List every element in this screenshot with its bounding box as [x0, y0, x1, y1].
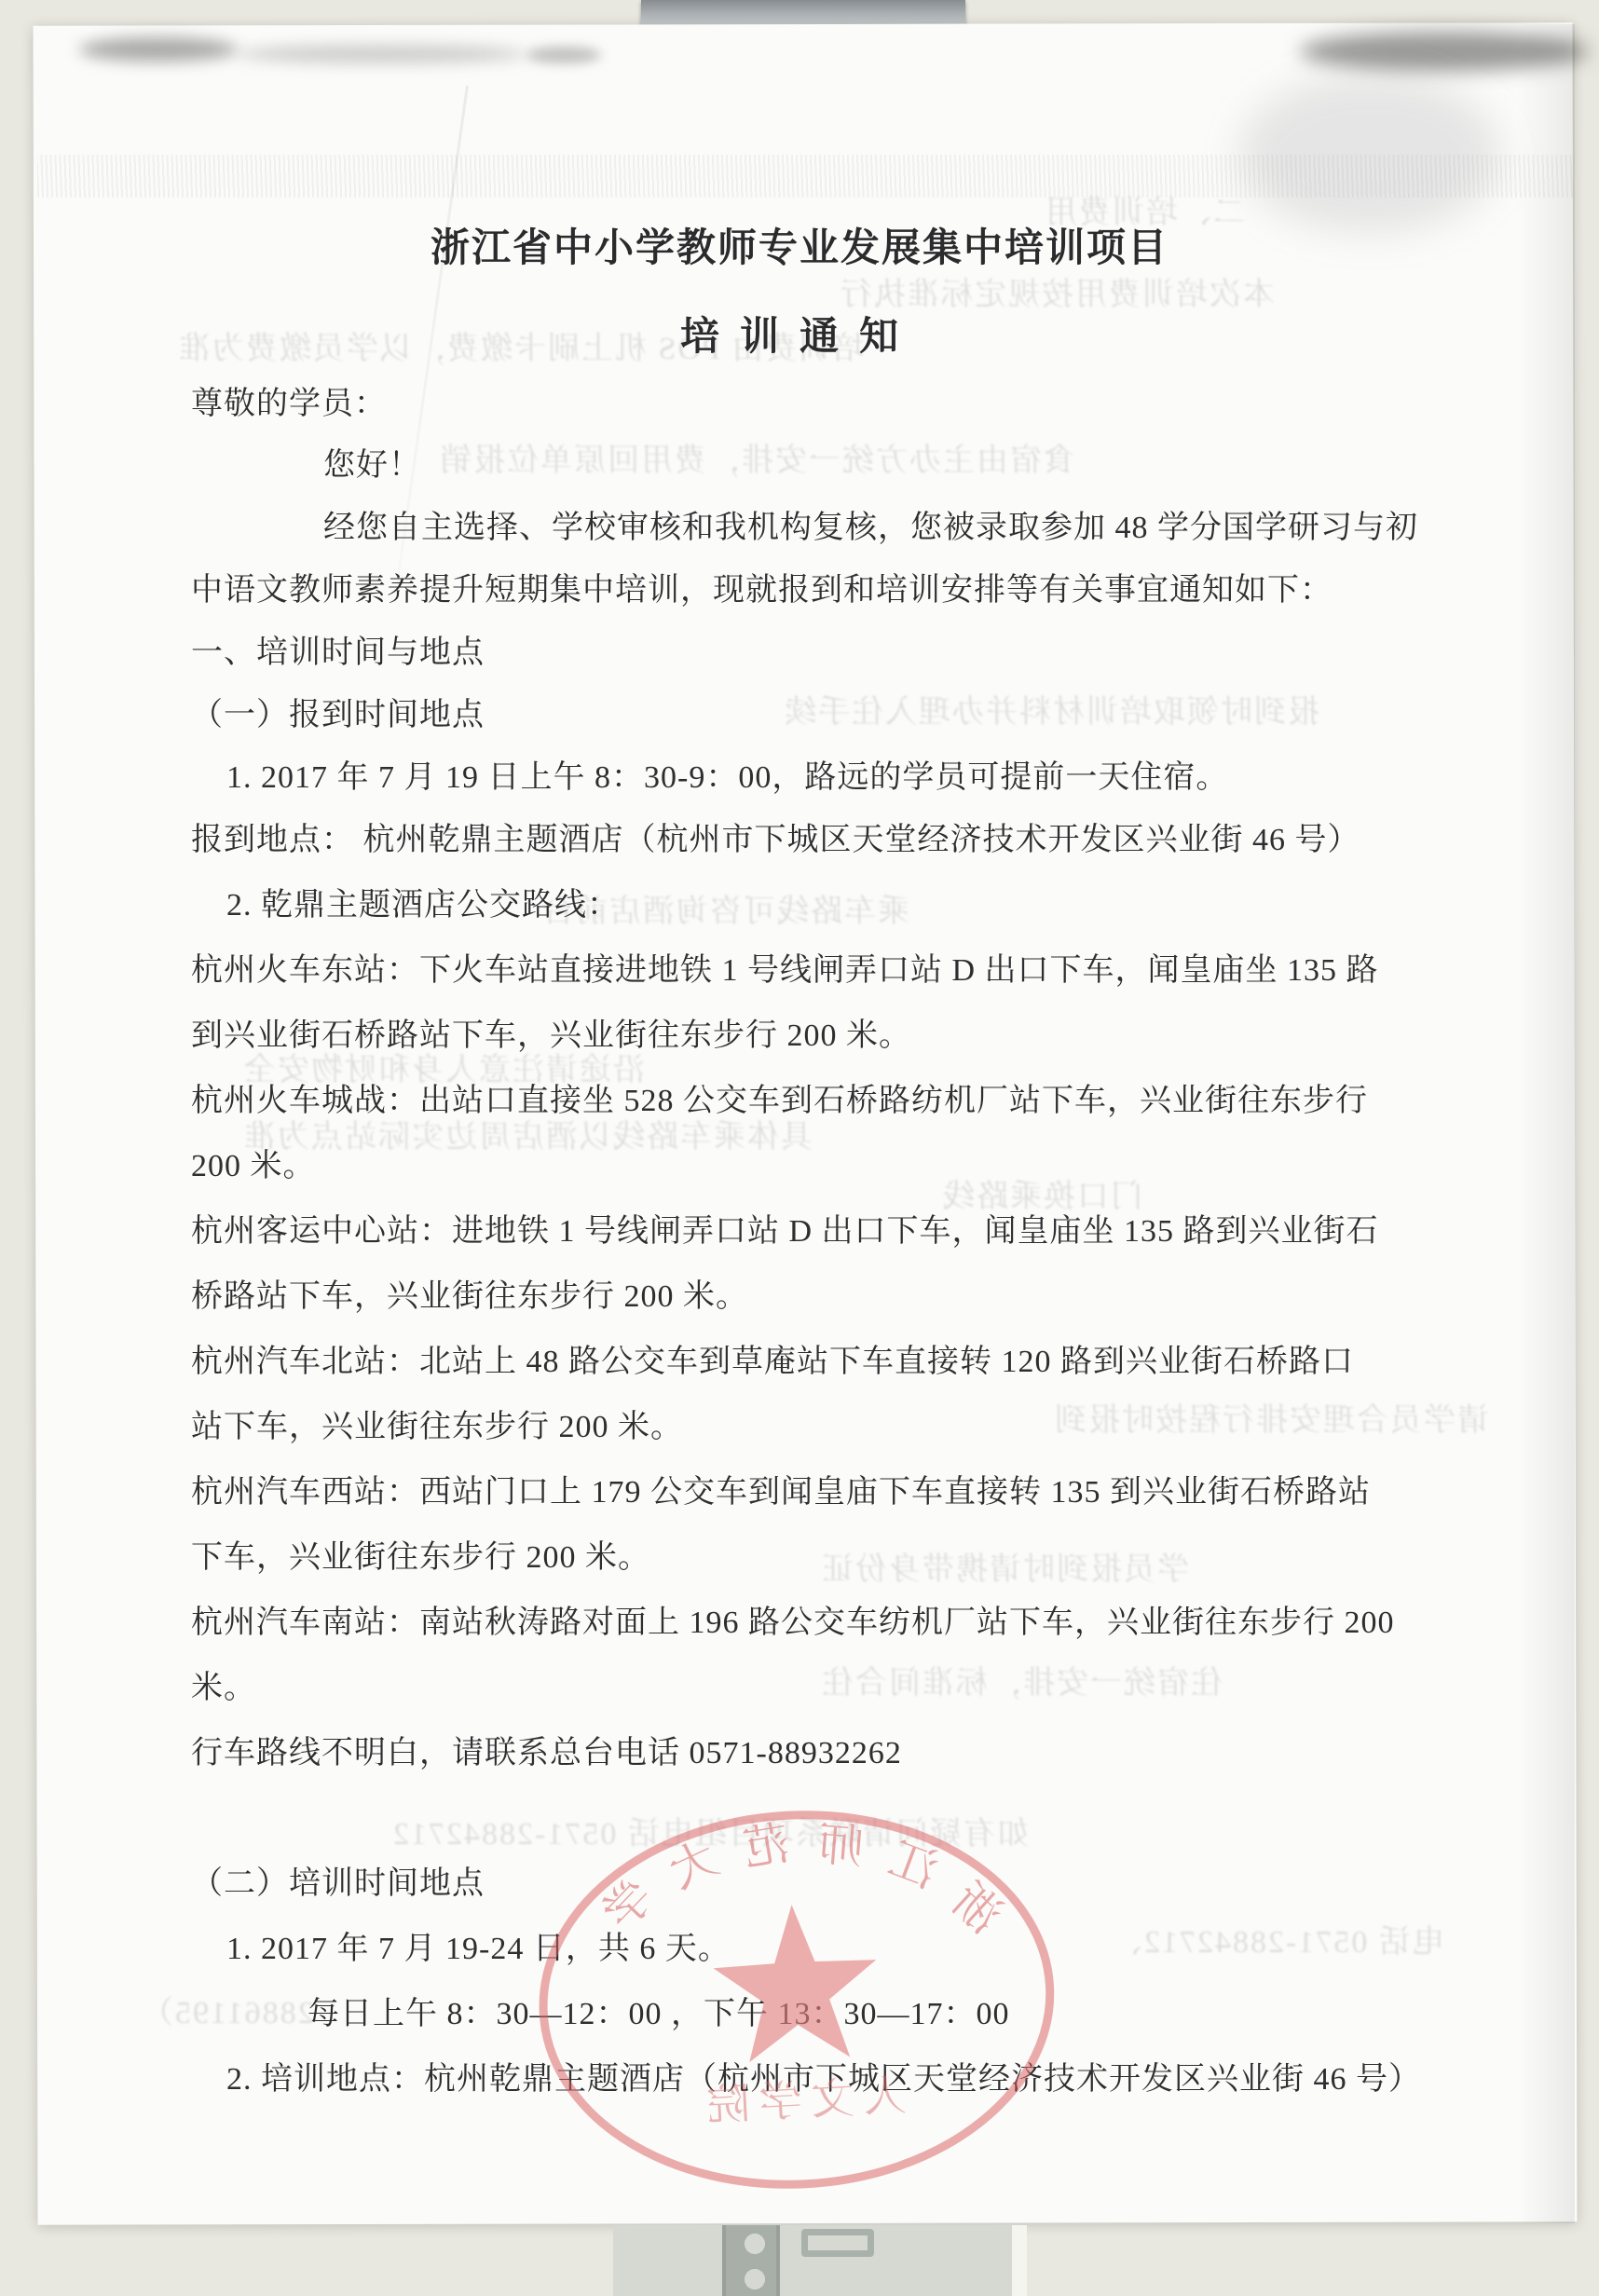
bleedthrough-text: 请学员合理安排行程按时报到: [1053, 1394, 1489, 1440]
text-line-bus-routes-heading: 2. 乾鼎主题酒店公交路线：: [226, 885, 620, 926]
text-line: 到兴业街石桥路站下车，兴业街往东步行 200 米。: [191, 1016, 911, 1057]
section-heading-1: 一、培训时间与地点: [191, 633, 485, 674]
text-line: 200 米。: [191, 1146, 316, 1187]
edge-shadow: [238, 45, 526, 63]
subsection-heading-1-1: （一）报到时间地点: [191, 695, 485, 736]
bleedthrough-text: 报到时领取培训材料并办理入住手续: [783, 686, 1319, 731]
text-line-report-time: 1. 2017 年 7 月 19 日上午 8：30-9：00，路远的学员可提前一…: [226, 758, 1228, 799]
document-subtitle: 培训通知: [0, 306, 1599, 362]
document-title: 浙江省中小学教师专业发展集中培训项目: [0, 217, 1599, 273]
text-line-route-coach-center: 杭州客运中心站：进地铁 1 号线闸弄口站 D 出口下车，闻皇庙坐 135 路到兴…: [191, 1211, 1379, 1252]
text-line-route-city-station: 杭州火车城战：出站口直接坐 528 公交车到石桥路纺机厂站下车，兴业街往东步行: [191, 1081, 1368, 1122]
text-line-greeting: 您好！: [323, 445, 421, 486]
corner-smudge: [1239, 75, 1500, 233]
star-icon: [710, 1901, 881, 2064]
text-line: 米。: [191, 1668, 256, 1709]
text-line-route-west-station: 杭州汽车西站：西站门口上 179 公交车到闻皇庙下车直接转 135 到兴业街石桥…: [191, 1472, 1371, 1513]
edge-shadow: [1300, 32, 1589, 71]
text-line: 站下车，兴业街往东步行 200 米。: [191, 1407, 683, 1448]
horizontal-crease: [37, 155, 1575, 198]
edge-shadow: [526, 47, 601, 63]
bleedthrough-text: 28861195）: [140, 1987, 314, 2032]
text-line: 中语文教师素养提升短期集中培训，现就报到和培训安排等有关事宜通知如下：: [191, 570, 1332, 611]
bleedthrough-text: 电话 0571-28842712、: [1109, 1916, 1444, 1961]
small-rectangle-outline: [801, 2229, 874, 2257]
subsection-heading-1-2: （二）培训时间地点: [191, 1864, 485, 1905]
bleedthrough-text: 学员报到时请携带身份证: [820, 1543, 1189, 1589]
text-line-route-south-station: 杭州汽车南站：南站秋涛路对面上 196 路公交车纺机厂站下车，兴业街往东步行 2…: [191, 1603, 1395, 1644]
scanner-background: 二、培训费用 本次培训费用按规定标准执行 培训费由 POS 机上刷卡缴费，以学员…: [0, 0, 1599, 2296]
text-line: 经您自主选择、学校审核和我机构复核，您被录取参加 48 学分国学研习与初: [323, 508, 1418, 549]
seal-inner-text: 人文学院: [696, 2071, 907, 2130]
bleedthrough-text: 门口换乘路线: [941, 1170, 1142, 1216]
text-line-route-east-station: 杭州火车东站：下火车站直接进地铁 1 号线闸弄口站 D 出口下车，闻皇庙坐 13…: [191, 950, 1379, 991]
text-line-route-north-station: 杭州汽车北站：北站上 48 路公交车到草庵站下车直接转 120 路到兴业街石桥路…: [191, 1342, 1354, 1383]
text-line-report-location: 报到地点： 杭州乾鼎主题酒店（杭州市下城区天堂经济技术开发区兴业街 46 号）: [191, 820, 1360, 861]
text-line-salutation: 尊敬的学员：: [191, 384, 387, 425]
scanner-artifact-gap: [1012, 2225, 1027, 2296]
text-line: 下车，兴业街往东步行 200 米。: [191, 1537, 650, 1578]
film-strip-icon: [722, 2225, 780, 2296]
bleedthrough-text: 住宿统一安排，标准间合住: [820, 1657, 1223, 1702]
scanner-artifact: [613, 2225, 1012, 2296]
text-line: 桥路站下车，兴业街往东步行 200 米。: [191, 1277, 748, 1318]
red-seal-stamp: 浙江师范大学 人文学院: [497, 1772, 1096, 2231]
bleedthrough-text: 食宿由主办方统一安排，费用回原单位报销: [438, 434, 1075, 480]
text-line-hotline: 行车路线不明白，请联系总台电话 0571-88932262: [191, 1733, 902, 1774]
edge-shadow: [79, 37, 238, 61]
